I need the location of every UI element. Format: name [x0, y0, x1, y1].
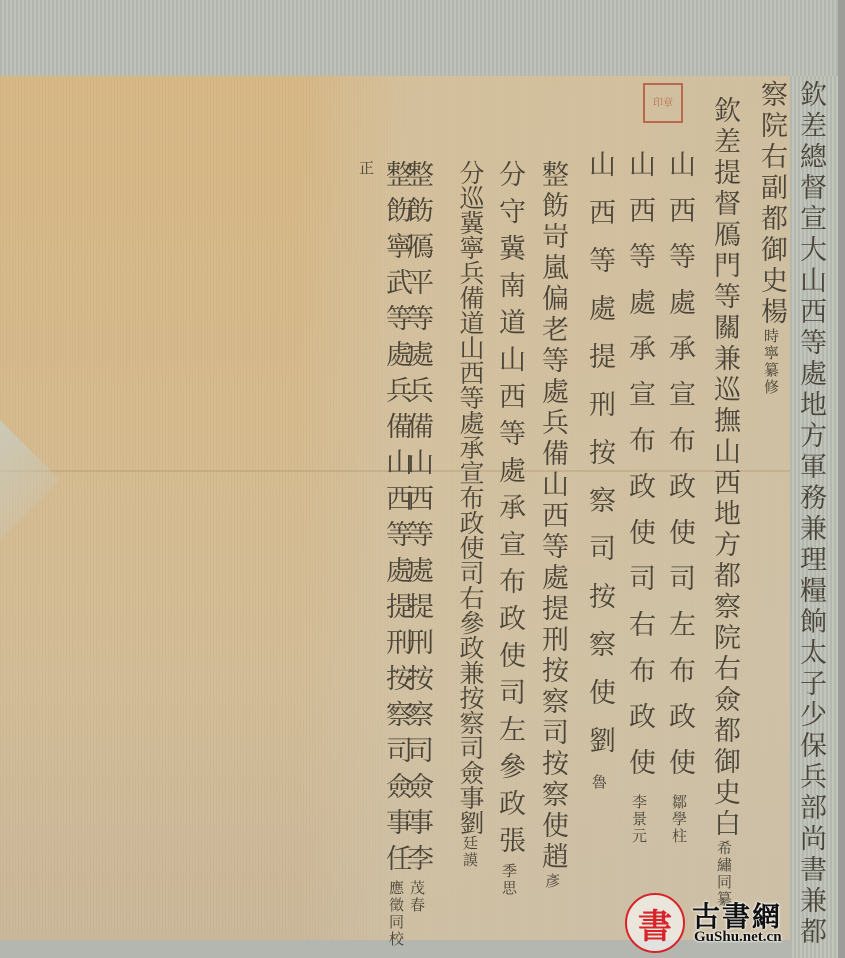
column-name-text: 廷謨	[461, 835, 479, 869]
text-column-6: 整飭岢嵐偏老等處兵備山西等處提刑按察司按察使趙彥	[533, 160, 572, 890]
watermark-url: GuShu.net.cn	[694, 929, 782, 946]
text-column-1: 欽差總督宣大山西等處地方軍務兼理糧餉太子少保兵部尚書兼都察院右副都御史楊時寧纂修	[752, 80, 830, 958]
book-logo-icon: 書	[625, 893, 685, 953]
column-name-text: 魯	[590, 774, 608, 791]
column-main-text: 山西等處承宣布政使司右布政使	[624, 150, 655, 794]
red-seal-stamp: 印章	[643, 83, 683, 123]
column-main-text: 欽差提督鴈門等關兼巡撫山西地方都察院右僉都御史白	[709, 96, 740, 840]
column-main-text: 分守冀南道山西等處承宣布政使司左參政張	[494, 160, 525, 863]
mount-edge	[838, 0, 845, 958]
column-main-text: 山西等處承宣布政使司左布政使	[664, 150, 695, 794]
column-name-text: 鄒學柱	[670, 794, 688, 845]
column-main-text: 分巡冀寧兵備道山西等處承宣布政使司右參政兼按察司僉事劉	[456, 160, 485, 835]
column-name-text: 彥	[543, 873, 561, 890]
gushu-watermark-logo: 書 古書網 GuShu.net.cn	[622, 893, 842, 953]
text-column-7: 分守冀南道山西等處承宣布政使司左參政張季思	[490, 160, 529, 897]
column-main-text: 整飭岢嵐偏老等處兵備山西等處提刑按察司按察使趙	[537, 160, 568, 873]
silk-mount-top	[0, 0, 845, 76]
column-name-text: 李景元	[630, 794, 648, 845]
column-main-text: 欽差總督宣大山西等處地方軍務兼理糧餉太子少保兵部尚書兼都察院右副都御史楊	[756, 80, 826, 948]
column-name-text: 季思	[500, 863, 518, 897]
text-column-10: 整飭寧武等處兵備山西等處提刑按察司僉事任應徵同校正	[356, 160, 416, 958]
column-main-text: 山西等處提刑按察司按察使劉	[584, 150, 615, 774]
text-column-8: 分巡冀寧兵備道山西等處承宣布政使司右參政兼按察司僉事劉廷謨	[452, 160, 488, 869]
text-column-4: 山西等處承宣布政使司右布政使李景元	[620, 150, 659, 845]
text-column-5: 山西等處提刑按察司按察使劉魯	[580, 150, 619, 791]
column-main-text: 整飭寧武等處兵備山西等處提刑按察司僉事任	[381, 160, 412, 880]
text-column-2: 欽差提督鴈門等關兼巡撫山西地方都察院右僉都御史白希繡同纂	[705, 96, 744, 908]
column-name-text: 時寧纂修	[762, 328, 780, 396]
text-column-3: 山西等處承宣布政使司左布政使鄒學柱	[660, 150, 699, 845]
